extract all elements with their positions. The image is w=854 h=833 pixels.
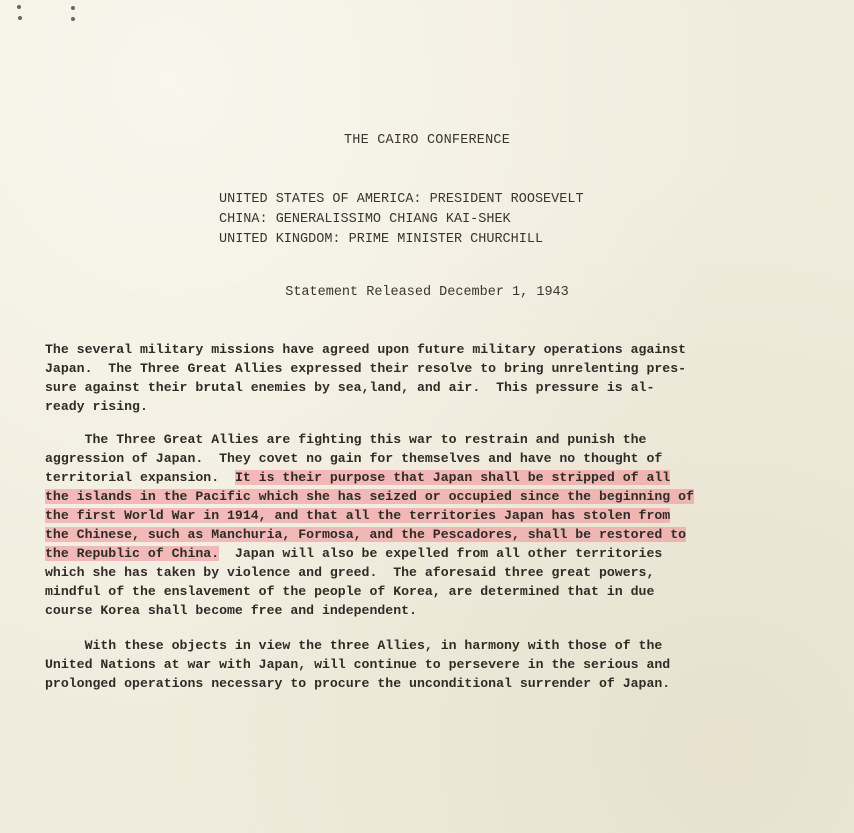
punch-mark <box>17 5 21 9</box>
text-line: territorial expansion. It is their purpo… <box>45 468 805 487</box>
paragraph-unconditional-surrender: With these objects in view the three All… <box>45 636 805 693</box>
highlighted-text: the islands in the Pacific which she has… <box>45 489 694 504</box>
text-line: With these objects in view the three All… <box>45 636 805 655</box>
punch-mark <box>71 17 75 21</box>
text-line: aggression of Japan. They covet no gain … <box>45 449 805 468</box>
text-line: the islands in the Pacific which she has… <box>45 487 805 506</box>
text-line: The several military missions have agree… <box>45 340 805 359</box>
text-line: The Three Great Allies are fighting this… <box>45 430 805 449</box>
parties-list: UNITED STATES OF AMERICA: PRESIDENT ROOS… <box>219 190 584 250</box>
text-line: course Korea shall become free and indep… <box>45 601 805 620</box>
highlighted-text: the Republic of China. <box>45 546 219 561</box>
punch-mark <box>18 16 22 20</box>
text-line: ready rising. <box>45 397 805 416</box>
paragraph-military-missions: The several military missions have agree… <box>45 340 805 416</box>
punch-mark <box>71 6 75 10</box>
text-line: sure against their brutal enemies by sea… <box>45 378 805 397</box>
text-line: prolonged operations necessary to procur… <box>45 674 805 693</box>
party-china: CHINA: GENERALISSIMO CHIANG KAI-SHEK <box>219 210 584 230</box>
highlighted-text: the first World War in 1914, and that al… <box>45 508 670 523</box>
party-usa: UNITED STATES OF AMERICA: PRESIDENT ROOS… <box>219 190 584 210</box>
document-page: THE CAIRO CONFERENCE UNITED STATES OF AM… <box>0 0 854 833</box>
highlighted-text: It is their purpose that Japan shall be … <box>235 470 670 485</box>
document-title: THE CAIRO CONFERENCE <box>0 133 854 148</box>
text-line: which she has taken by violence and gree… <box>45 563 805 582</box>
text-line: mindful of the enslavement of the people… <box>45 582 805 601</box>
text-line: United Nations at war with Japan, will c… <box>45 655 805 674</box>
text-line: the Republic of China. Japan will also b… <box>45 544 805 563</box>
release-date-line: Statement Released December 1, 1943 <box>0 285 854 300</box>
text-line: Japan. The Three Great Allies expressed … <box>45 359 805 378</box>
highlighted-text: the Chinese, such as Manchuria, Formosa,… <box>45 527 686 542</box>
text-line: the Chinese, such as Manchuria, Formosa,… <box>45 525 805 544</box>
text-line: the first World War in 1914, and that al… <box>45 506 805 525</box>
paragraph-territorial-aims: The Three Great Allies are fighting this… <box>45 430 805 620</box>
party-uk: UNITED KINGDOM: PRIME MINISTER CHURCHILL <box>219 230 584 250</box>
